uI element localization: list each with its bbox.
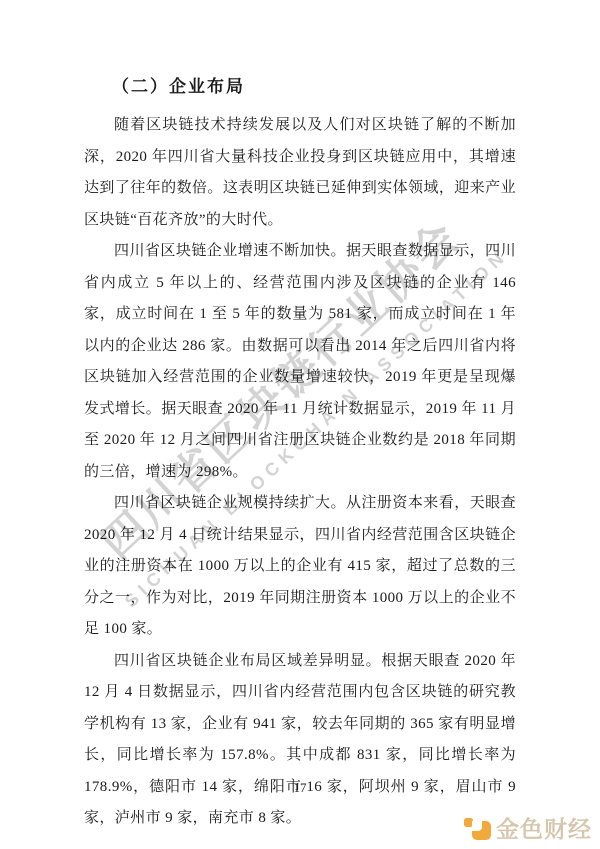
paragraph: 四川省区块链企业增速不断加快。据天眼查数据显示，四川省内成立 5 年以上的、经营… bbox=[84, 236, 516, 488]
paragraph: 四川省区块链企业规模持续扩大。从注册资本来看，天眼查 2020 年 12 月 4… bbox=[84, 488, 516, 646]
logo-notch-shape bbox=[472, 821, 482, 831]
jinse-finance-wordmark: 金色财经 bbox=[496, 811, 592, 844]
document-page: 四川省区块链行业协会 SICHUAN BLOCKCHAIN ASSOCIATIO… bbox=[0, 0, 600, 849]
jinse-finance-icon bbox=[464, 813, 491, 842]
paragraph: 四川省区块链企业布局区域差异明显。根据天眼查 2020 年 12 月 4 日数据… bbox=[84, 646, 516, 835]
paragraph: 随着区块链技术持续发展以及人们对区块链了解的不断加深，2020 年四川省大量科技… bbox=[84, 110, 516, 236]
page-number: 17 bbox=[0, 780, 600, 796]
section-heading: （二）企业布局 bbox=[112, 72, 516, 97]
document-body: （二）企业布局 随着区块链技术持续发展以及人们对区块链了解的不断加深，2020 … bbox=[84, 72, 516, 835]
jinse-finance-logo: 金色财经 bbox=[464, 811, 592, 844]
